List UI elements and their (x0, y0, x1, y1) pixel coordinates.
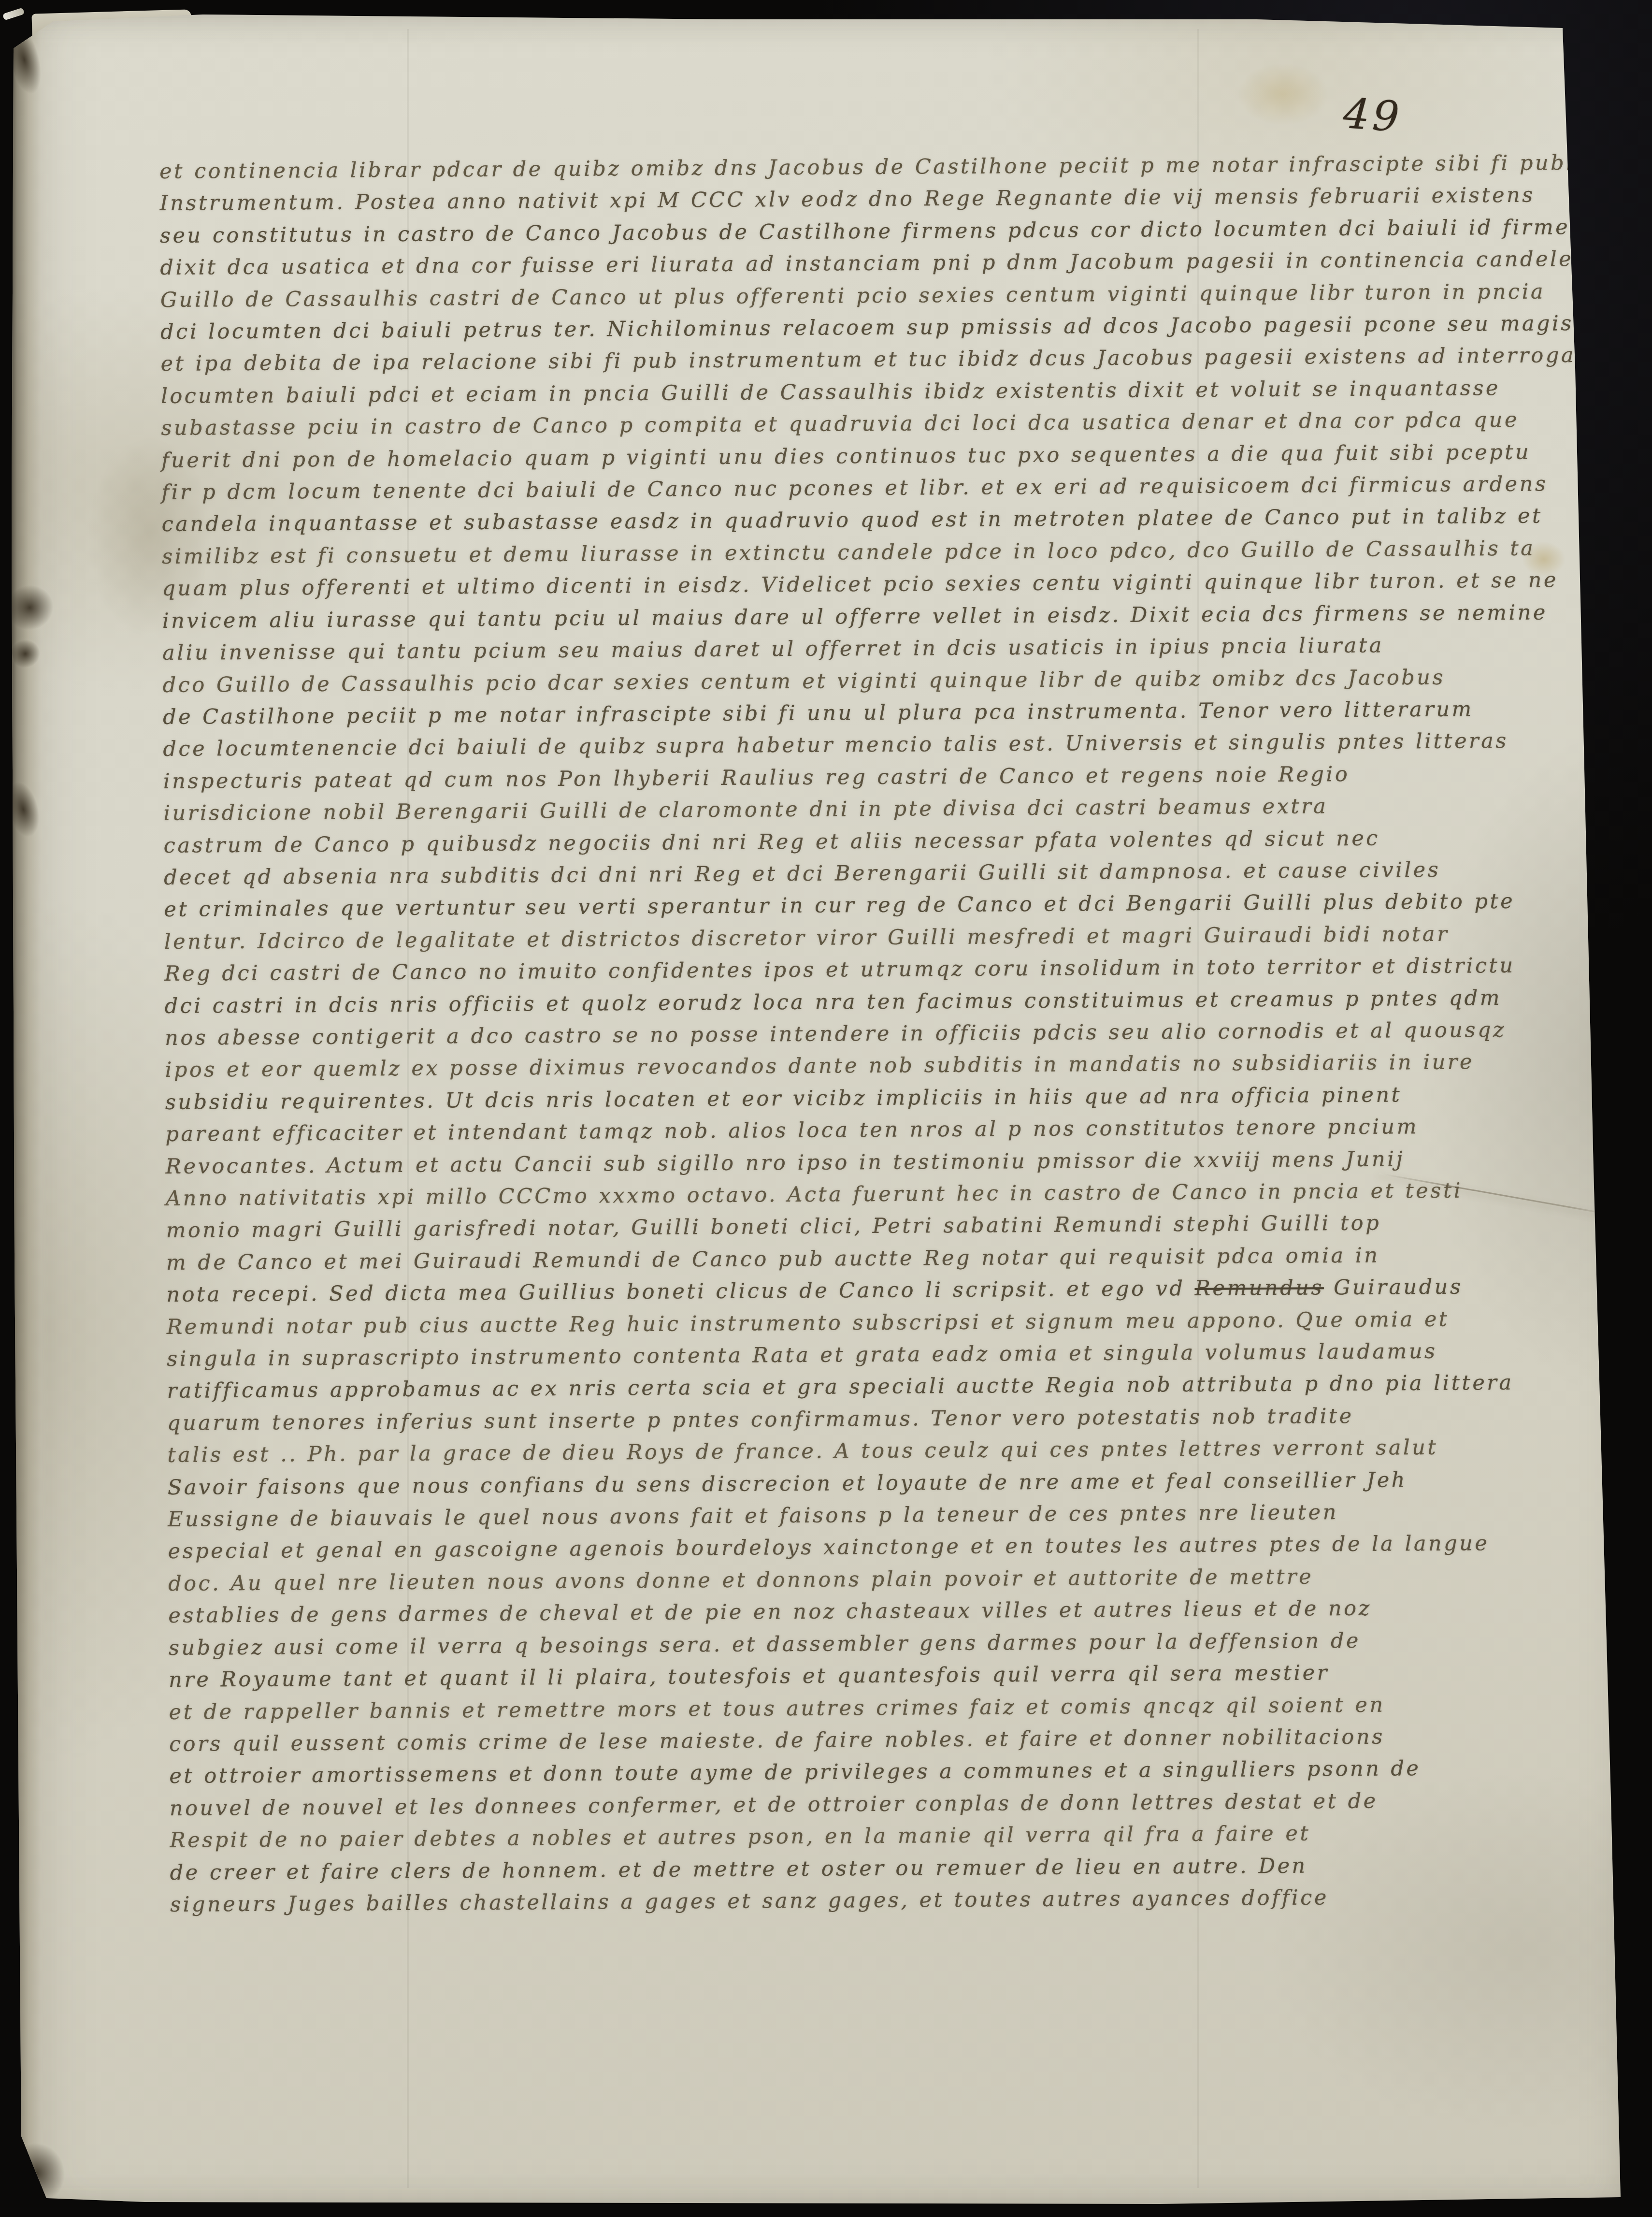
scan-background: 49 et continencia librar pdcar de quibz … (0, 0, 1652, 2217)
sewing-mark (3, 21, 48, 98)
binding-thread (2, 8, 25, 21)
manuscript-page: 49 et continencia librar pdcar de quibz … (0, 0, 1652, 2217)
sewing-mark (6, 2136, 72, 2210)
parchment-stain (1237, 63, 1329, 126)
sewing-mark (5, 579, 59, 635)
folio-number: 49 (1342, 93, 1403, 138)
text-block: et continencia librar pdcar de quibz omi… (159, 147, 1586, 1921)
binding-gutter (8, 0, 49, 2217)
sewing-mark (10, 636, 44, 671)
sewing-mark (4, 778, 45, 840)
struck-word: Remundus (1194, 1276, 1324, 1301)
